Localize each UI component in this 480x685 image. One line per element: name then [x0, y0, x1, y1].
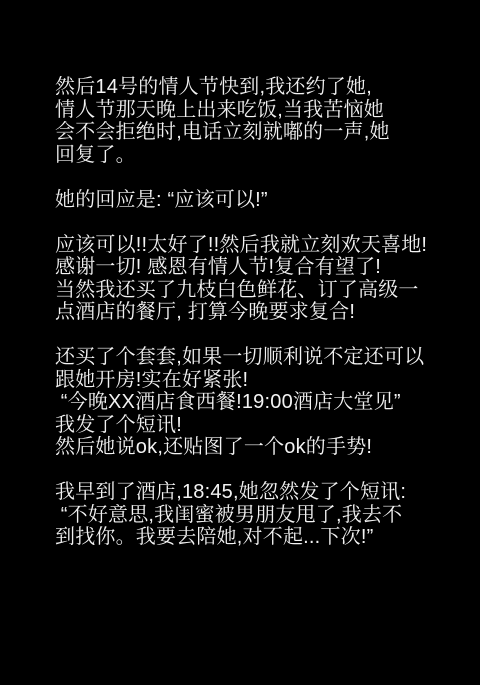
story-line: 感谢一切! 感恩有情人节!复合有望了! [55, 256, 470, 279]
story-line: 当然我还买了九枝白色鲜花、订了高级一 [55, 279, 470, 302]
story-paragraph: 她的回应是: “应该可以!” [55, 189, 470, 212]
story-line: 还买了个套套,如果一切顺利说不定还可以 [55, 346, 470, 369]
story-line: 跟她开房!实在好紧张! [55, 369, 470, 392]
story-paragraph: 还买了个套套,如果一切顺利说不定还可以 跟她开房!实在好紧张! “今晚XX酒店食… [55, 346, 470, 459]
story-line: 应该可以!!太好了!!然后我就立刻欢天喜地! [55, 234, 470, 257]
story-line: 我发了个短讯! [55, 414, 470, 437]
story-line: 回复了。 [55, 144, 470, 167]
story-line: 她的回应是: “应该可以!” [55, 189, 470, 212]
story-paragraph: 应该可以!!太好了!!然后我就立刻欢天喜地! 感谢一切! 感恩有情人节!复合有望… [55, 234, 470, 324]
story-line: 情人节那天晚上出来吃饭,当我苦恼她 [55, 99, 470, 122]
story-line: 会不会拒绝时,电话立刻就嘟的一声,她 [55, 121, 470, 144]
story-page: 然后14号的情人节快到,我还约了她, 情人节那天晚上出来吃饭,当我苦恼她 会不会… [0, 0, 480, 685]
story-line: 然后她说ok,还贴图了一个ok的手势! [55, 436, 470, 459]
story-line: “今晚XX酒店食西餐!19:00酒店大堂见” [55, 391, 470, 414]
story-line: 到找你。我要去陪她,对不起...下次!” [55, 526, 470, 549]
story-paragraph: 我早到了酒店,18:45,她忽然发了个短讯: “不好意思,我闺蜜被男朋友甩了,我… [55, 481, 470, 549]
story-line: 然后14号的情人节快到,我还约了她, [55, 76, 470, 99]
story-line: 点酒店的餐厅, 打算今晚要求复合! [55, 301, 470, 324]
story-paragraph: 然后14号的情人节快到,我还约了她, 情人节那天晚上出来吃饭,当我苦恼她 会不会… [55, 76, 470, 166]
story-line: “不好意思,我闺蜜被男朋友甩了,我去不 [55, 504, 470, 527]
story-line: 我早到了酒店,18:45,她忽然发了个短讯: [55, 481, 470, 504]
